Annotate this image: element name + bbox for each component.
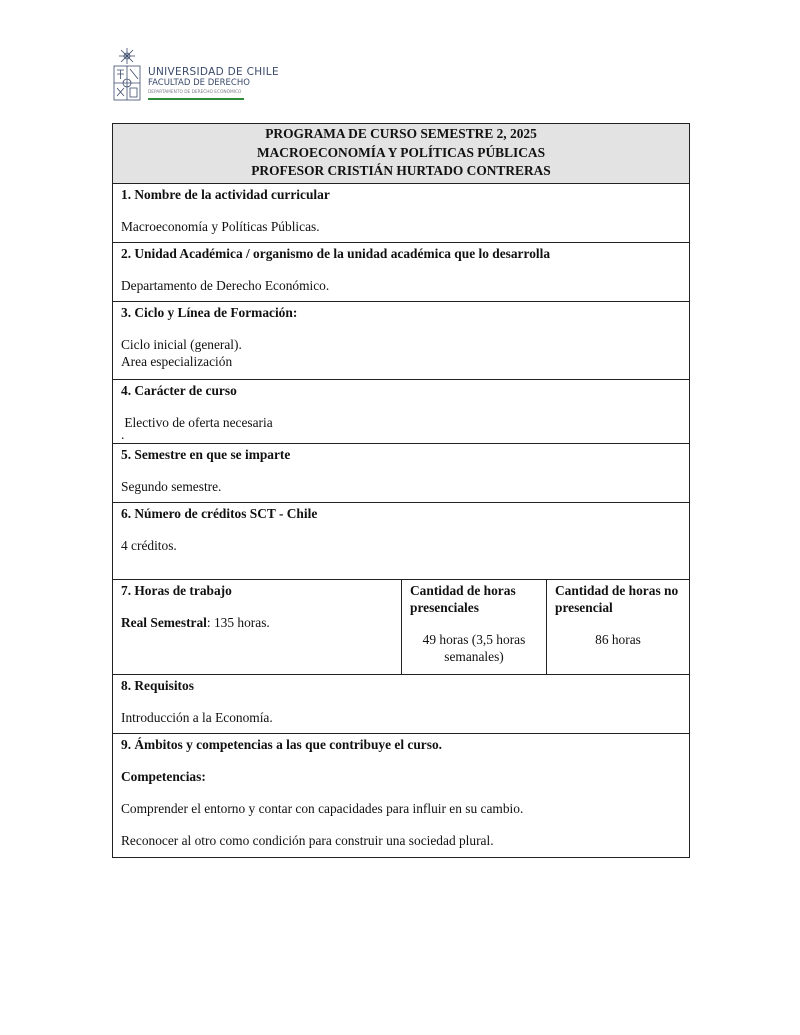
header-course-name: MACROECONOMÍA Y POLÍTICAS PÚBLICAS: [121, 144, 681, 163]
section-body: Segundo semestre.: [121, 478, 681, 495]
logo-faculty-name: FACULTAD DE DERECHO: [148, 78, 279, 89]
section-title: 4. Carácter de curso: [121, 382, 681, 399]
presencial-hours-title: Cantidad de horas presenciales: [410, 582, 538, 616]
university-logo: UNIVERSIDAD DE CHILE FACULTAD DE DERECHO…: [112, 46, 272, 104]
section-title: 8. Requisitos: [121, 677, 681, 694]
logo-department-name: DEPARTAMENTO DE DERECHO ECONÓMICO: [148, 89, 279, 96]
section-work-hours: 7. Horas de trabajo Real Semestral: 135 …: [113, 579, 402, 674]
real-semester-value: : 135 horas.: [207, 615, 270, 630]
competencies-subtitle: Competencias:: [121, 768, 681, 785]
logo-accent-bar: [148, 98, 244, 100]
section-competencies: 9. Ámbitos y competencias a las que cont…: [113, 733, 690, 857]
section-activity-name: 1. Nombre de la actividad curricular Mac…: [113, 183, 690, 242]
header-professor: PROFESOR CRISTIÁN HURTADO CONTRERAS: [121, 162, 681, 181]
section-body: Departamento de Derecho Económico.: [121, 277, 681, 294]
no-presencial-hours-title: Cantidad de horas no presencial: [555, 582, 681, 616]
no-presencial-hours-cell: Cantidad de horas no presencial 86 horas: [547, 579, 690, 674]
real-semester-hours: Real Semestral: 135 horas.: [121, 614, 393, 631]
section-course-character: 4. Carácter de curso Electivo de oferta …: [113, 379, 690, 443]
section-semester: 5. Semestre en que se imparte Segundo se…: [113, 443, 690, 502]
section-trailing-mark: .: [121, 431, 681, 439]
presencial-hours-value: 49 horas (3,5 horas semanales): [410, 631, 538, 665]
competency-item: Reconocer al otro como condición para co…: [121, 832, 681, 849]
section-cycle-line: 3. Ciclo y Línea de Formación: Ciclo ini…: [113, 301, 690, 379]
section-requirements: 8. Requisitos Introducción a la Economía…: [113, 674, 690, 733]
university-crest-icon: [112, 46, 142, 102]
header-program-title: PROGRAMA DE CURSO SEMESTRE 2, 2025: [121, 125, 681, 144]
section-title: 3. Ciclo y Línea de Formación:: [121, 304, 681, 321]
section-body: Electivo de oferta necesaria: [121, 414, 681, 431]
section-academic-unit: 2. Unidad Académica / organismo de la un…: [113, 242, 690, 301]
competency-item: Comprender el entorno y contar con capac…: [121, 800, 681, 817]
course-program-table: PROGRAMA DE CURSO SEMESTRE 2, 2025 MACRO…: [112, 123, 690, 858]
section-body-line: Ciclo inicial (general).: [121, 336, 681, 353]
section-title: 7. Horas de trabajo: [121, 582, 393, 599]
section-title: 5. Semestre en que se imparte: [121, 446, 681, 463]
logo-university-name: UNIVERSIDAD DE CHILE: [148, 66, 279, 78]
section-title: 2. Unidad Académica / organismo de la un…: [121, 245, 681, 262]
no-presencial-hours-value: 86 horas: [555, 631, 681, 648]
section-credits: 6. Número de créditos SCT - Chile 4 créd…: [113, 502, 690, 579]
program-header: PROGRAMA DE CURSO SEMESTRE 2, 2025 MACRO…: [113, 124, 690, 184]
section-title: 6. Número de créditos SCT - Chile: [121, 505, 681, 522]
presencial-hours-cell: Cantidad de horas presenciales 49 horas …: [402, 579, 547, 674]
section-title: 9. Ámbitos y competencias a las que cont…: [121, 736, 681, 753]
section-body: Macroeconomía y Políticas Públicas.: [121, 218, 681, 235]
real-semester-label: Real Semestral: [121, 615, 207, 630]
section-body-line: Area especialización: [121, 353, 681, 370]
section-body: Introducción a la Economía.: [121, 709, 681, 726]
section-title: 1. Nombre de la actividad curricular: [121, 186, 681, 203]
section-body: 4 créditos.: [121, 537, 681, 554]
